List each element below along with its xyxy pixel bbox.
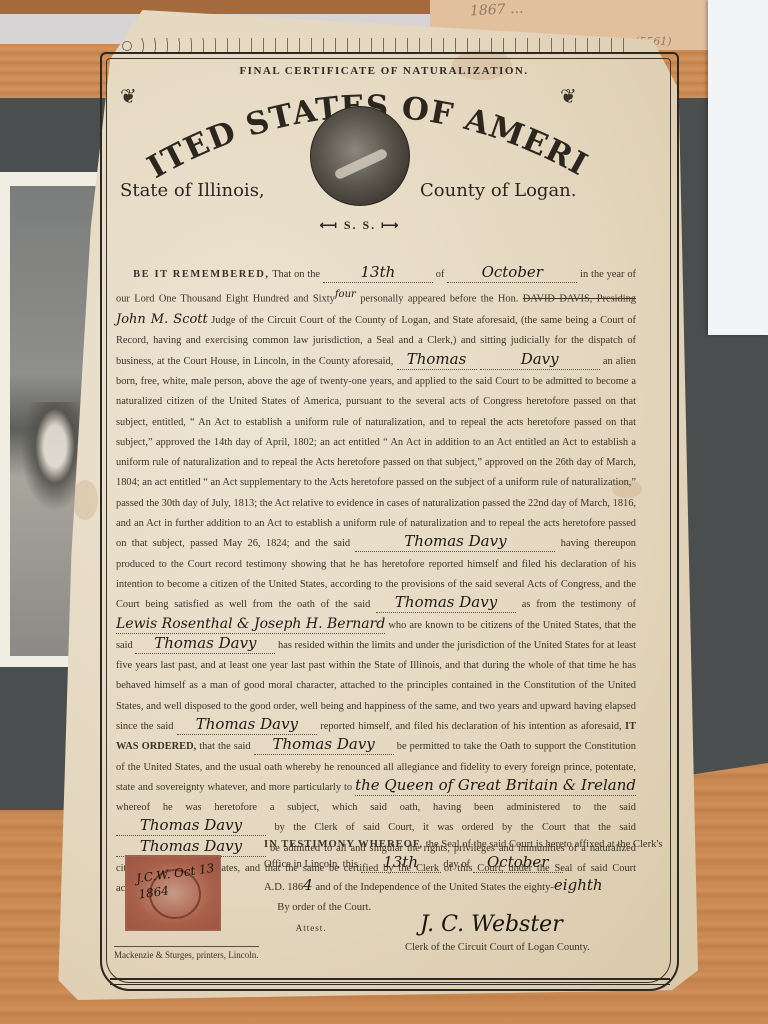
bottom-border-rule xyxy=(110,978,670,985)
state-label: State of Illinois, xyxy=(120,180,265,201)
testimony-ordinal-handwritten: eighth xyxy=(554,876,603,894)
name-handwritten-1: Thomas Davy xyxy=(404,532,506,550)
attest-label: Attest. xyxy=(296,923,327,933)
by-order-of-court: By order of the Court. xyxy=(277,902,371,913)
testimony-text: and of the Independence of the United St… xyxy=(315,882,554,893)
body-text-segment: whereof he was heretofore a subject, whi… xyxy=(116,802,636,813)
applicant-last-handwritten: Davy xyxy=(521,350,559,368)
name-field-6: Thomas Davy xyxy=(116,818,266,836)
applicant-first-handwritten: Thomas xyxy=(407,350,467,368)
testimony-day-handwritten: 13th xyxy=(383,853,418,871)
name-handwritten-2: Thomas Davy xyxy=(395,593,497,611)
printer-imprint: Mackenzie & Sturges, printers, Lincoln. xyxy=(114,946,259,960)
revenue-stamp: J.C.W. Oct 13 1864 xyxy=(125,855,221,931)
year-handwritten: four xyxy=(335,289,356,300)
name-handwritten-4: Thomas Davy xyxy=(196,715,298,733)
body-text-segment: of xyxy=(436,269,445,280)
stamp-cancellation: J.C.W. Oct 13 1864 xyxy=(135,859,221,902)
judge-handwritten: John M. Scott xyxy=(116,312,208,327)
name-field-3: Thomas Davy xyxy=(135,636,275,654)
witnesses-handwritten: Lewis Rosenthal & Joseph H. Bernard xyxy=(116,616,385,632)
name-handwritten-6: Thomas Davy xyxy=(140,816,242,834)
background-note-text: 1867 ... xyxy=(470,1,524,20)
month-handwritten: October xyxy=(482,263,543,281)
testimony-month-field: October xyxy=(473,855,563,873)
sovereign-handwritten: the Queen of Great Britain & Ireland xyxy=(355,776,636,794)
applicant-first-field: Thomas xyxy=(397,352,477,370)
body-text-segment: personally appeared before the Hon. xyxy=(360,294,518,305)
county-label: County of Logan. xyxy=(420,180,577,201)
testimony-month-handwritten: October xyxy=(487,853,548,871)
applicant-last-field: Davy xyxy=(480,352,600,370)
ss-text: S. S. xyxy=(344,218,376,232)
certificate-body: BE IT REMEMBERED, That on the 13th of Oc… xyxy=(116,265,636,900)
be-it-remembered: BE IT REMEMBERED, xyxy=(133,269,269,280)
in-testimony-whereof: IN TESTIMONY WHEREOF, xyxy=(264,839,423,850)
name-field-5: Thomas Davy xyxy=(254,737,394,755)
month-field: October xyxy=(447,265,577,283)
witnesses-field: Lewis Rosenthal & Joseph H. Bernard xyxy=(116,617,385,634)
struck-judge-name: DAVID DAVIS, Presiding xyxy=(523,294,636,305)
testimony-text: day of xyxy=(443,859,470,870)
day-field: 13th xyxy=(323,265,433,283)
name-handwritten-3: Thomas Davy xyxy=(154,634,256,652)
body-text-segment: that the said xyxy=(199,741,250,752)
body-text-segment: reported himself, and filed his declarat… xyxy=(320,721,621,732)
ss-label: ⟻ S. S. ⟼ xyxy=(300,218,420,233)
body-text-segment: by the Clerk of said Court, it was order… xyxy=(274,822,636,833)
white-paper-sheet xyxy=(708,0,768,335)
name-field-4: Thomas Davy xyxy=(177,717,317,735)
eagle-seal xyxy=(310,106,410,206)
body-text-segment: That on the xyxy=(272,269,320,280)
name-handwritten-5: Thomas Davy xyxy=(273,735,375,753)
testimony-year-handwritten: 4 xyxy=(303,876,313,894)
testimony-text: A.D. 186 xyxy=(264,882,303,893)
name-field-1: Thomas Davy xyxy=(355,534,555,552)
body-text-segment: an alien born, free, white, male person,… xyxy=(116,356,636,550)
testimony-day-field: 13th xyxy=(361,855,441,873)
day-handwritten: 13th xyxy=(361,263,396,281)
paper-stain xyxy=(72,480,98,520)
clerk-title: Clerk of the Circuit Court of Logan Coun… xyxy=(405,942,590,953)
seal-ribbon xyxy=(334,148,389,181)
name-handwritten-7: Thomas Davy xyxy=(140,837,242,855)
sovereign-field: the Queen of Great Britain & Ireland xyxy=(355,778,636,796)
body-text-segment: as from the testimony of xyxy=(522,599,636,610)
name-field-2: Thomas Davy xyxy=(376,595,516,613)
clerk-signature: J. C. Webster xyxy=(420,912,563,937)
